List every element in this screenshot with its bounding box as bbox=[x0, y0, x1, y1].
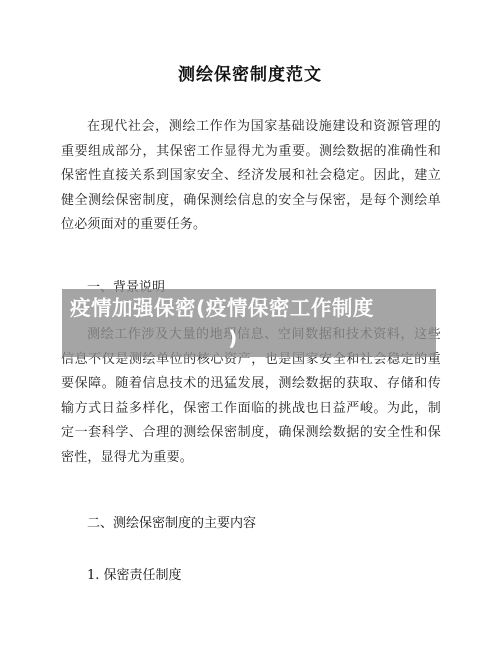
document-title: 测绘保密制度范文 bbox=[0, 60, 500, 85]
subheading-responsibility: 1. 保密责任制度 bbox=[87, 564, 182, 583]
section-heading-main-content: 二、测绘保密制度的主要内容 bbox=[87, 512, 256, 531]
intro-paragraph: 在现代社会，测绘工作作为国家基础设施建设和资源管理的重要组成部分，其保密工作显得… bbox=[61, 115, 441, 238]
overlay-title-line1: 疫情加强保密(疫情保密工作制度 bbox=[70, 296, 374, 320]
overlay-title-line2: ) bbox=[70, 323, 440, 353]
overlay-title: 疫情加强保密(疫情保密工作制度 ) bbox=[70, 293, 440, 353]
